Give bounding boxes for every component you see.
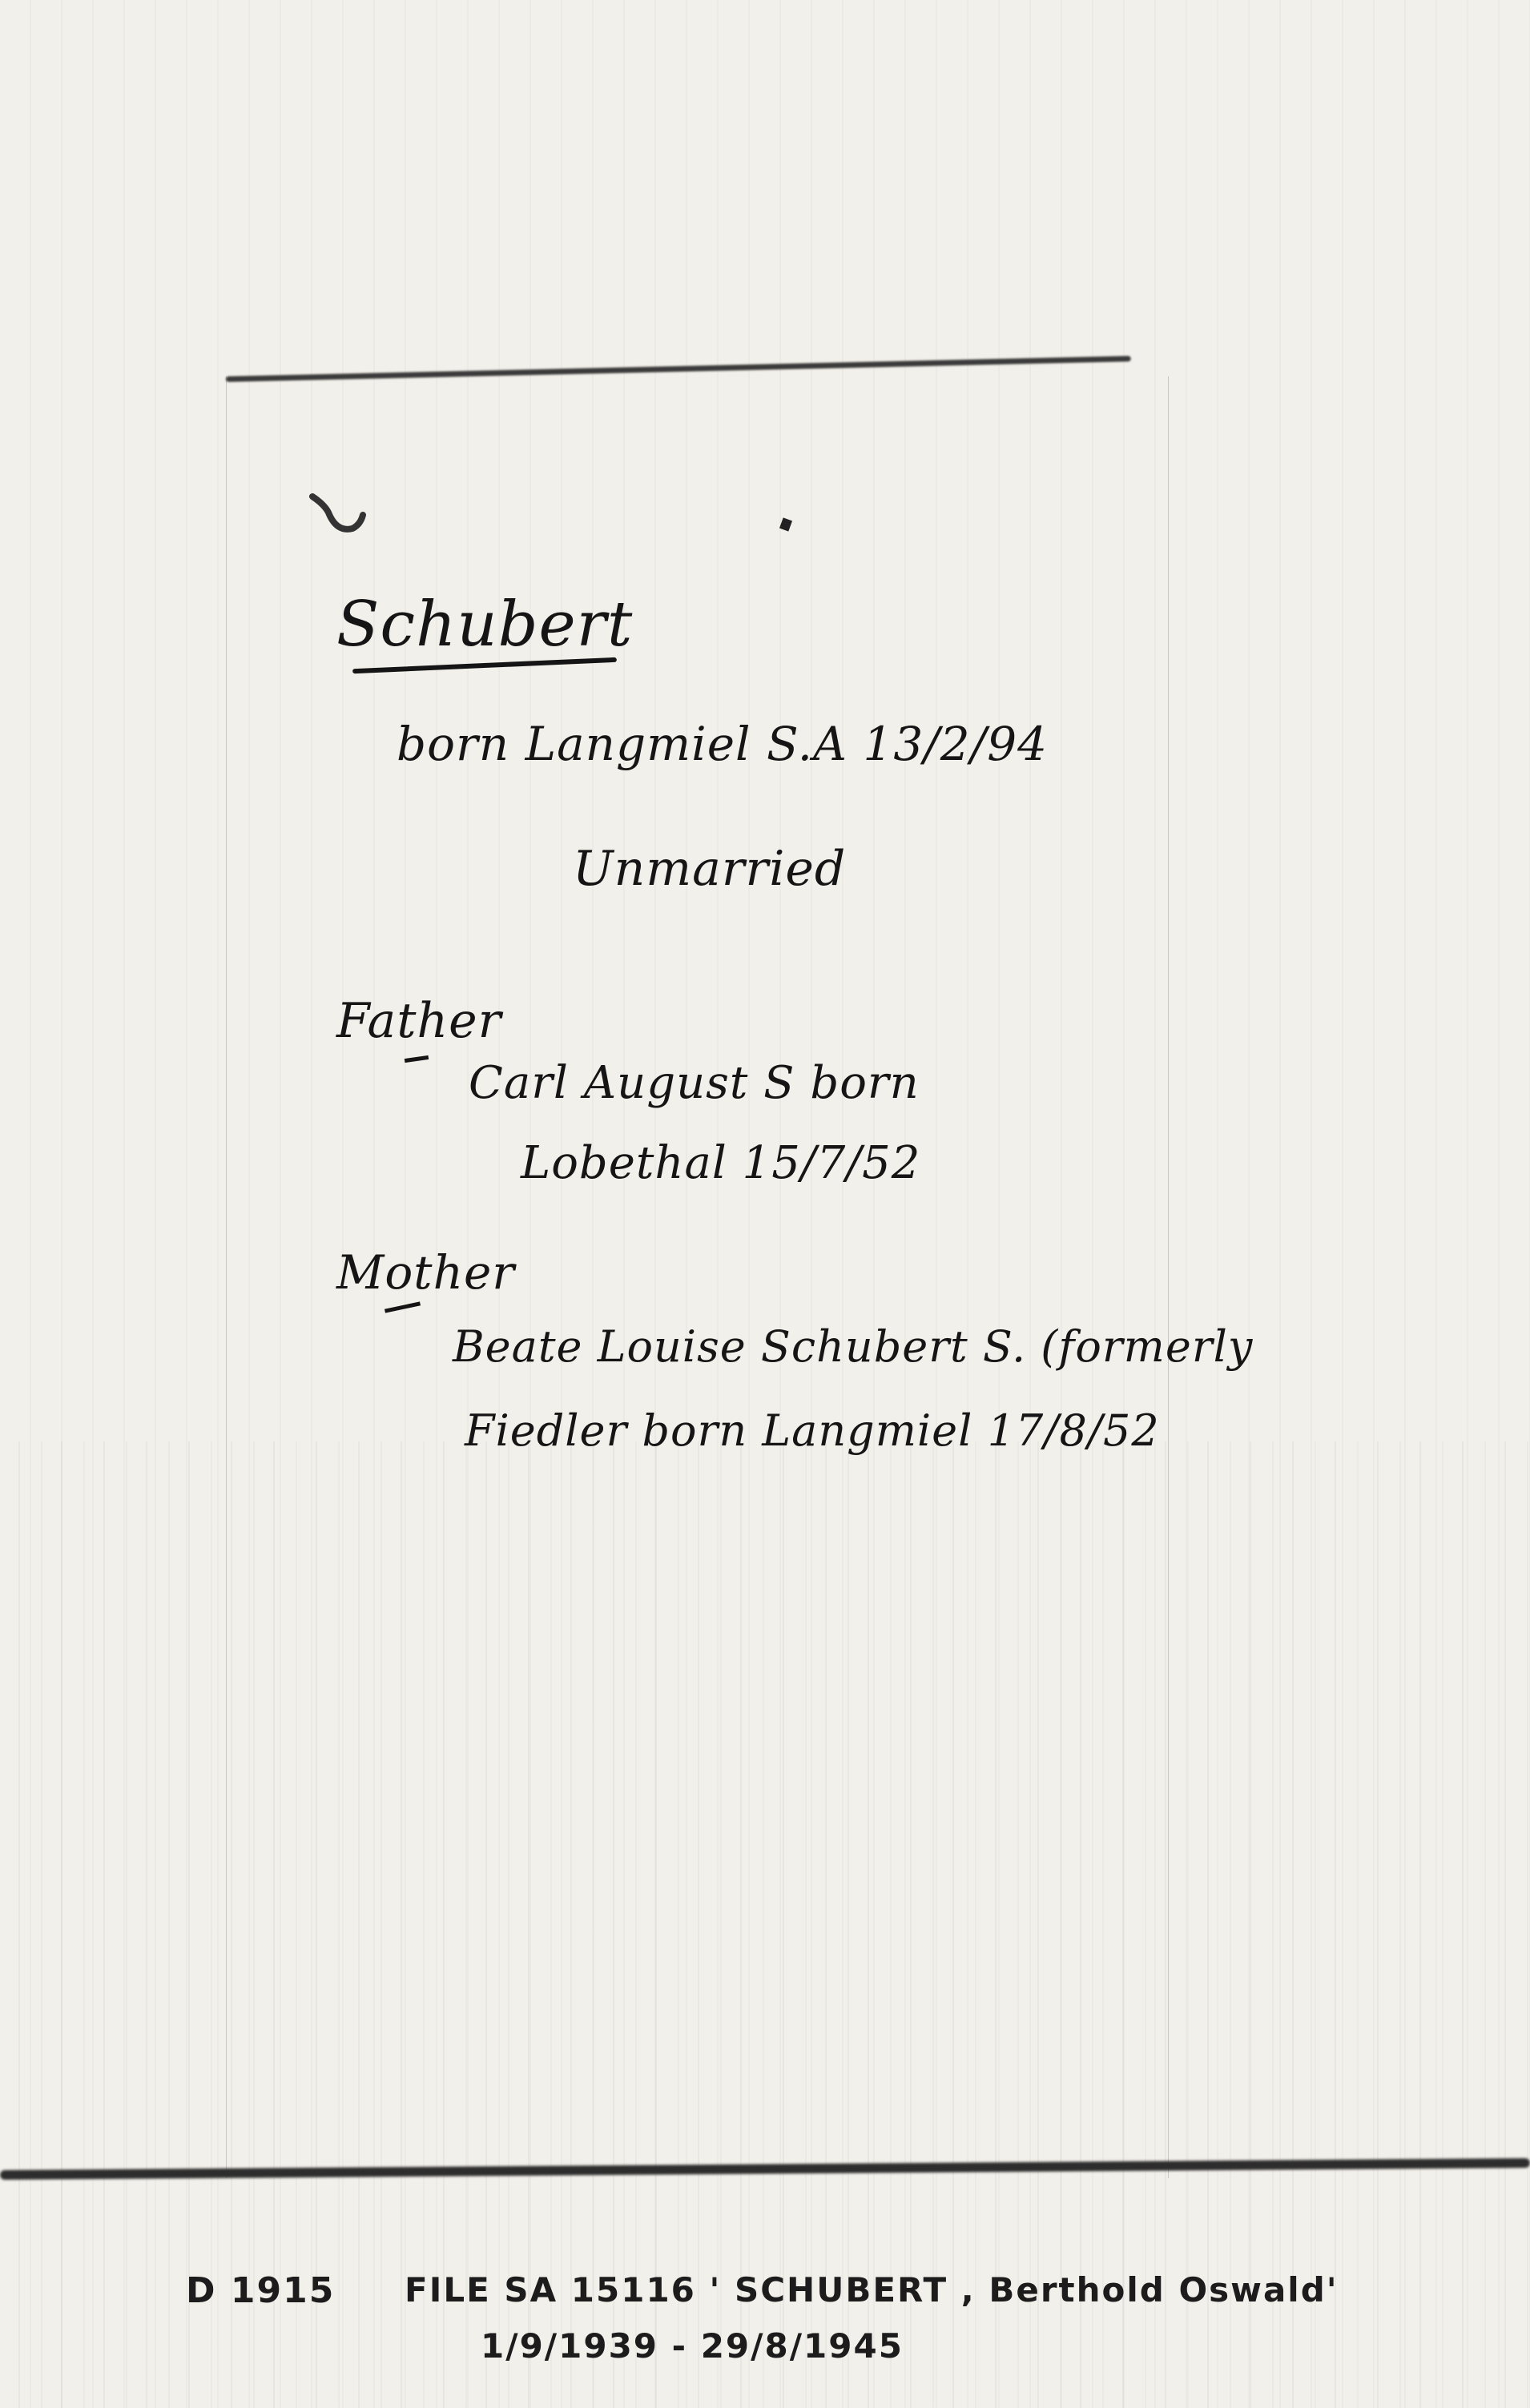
father-label: Father	[336, 993, 501, 1049]
mother-name: Beate Louise Schubert S. (formerly	[453, 1321, 1253, 1372]
marital-status: Unmarried	[573, 841, 846, 897]
reference-number: D 1915	[186, 2270, 335, 2311]
ink-mark-icon	[308, 492, 380, 541]
mother-birth: Fiedler born Langmiel 17/8/52	[465, 1405, 1160, 1456]
father-birth: Lobethal 15/7/52	[521, 1137, 920, 1189]
file-label: FILE SA 15116 ' SCHUBERT , Berthold Oswa…	[405, 2270, 1339, 2310]
subject-birth: born Langmiel S.A 13/2/94	[397, 717, 1048, 771]
mother-label: Mother	[336, 1245, 515, 1300]
father-name: Carl August S born	[469, 1057, 920, 1109]
surname-heading: Schubert	[336, 589, 633, 661]
file-dates: 1/9/1939 - 29/8/1945	[481, 2326, 904, 2366]
